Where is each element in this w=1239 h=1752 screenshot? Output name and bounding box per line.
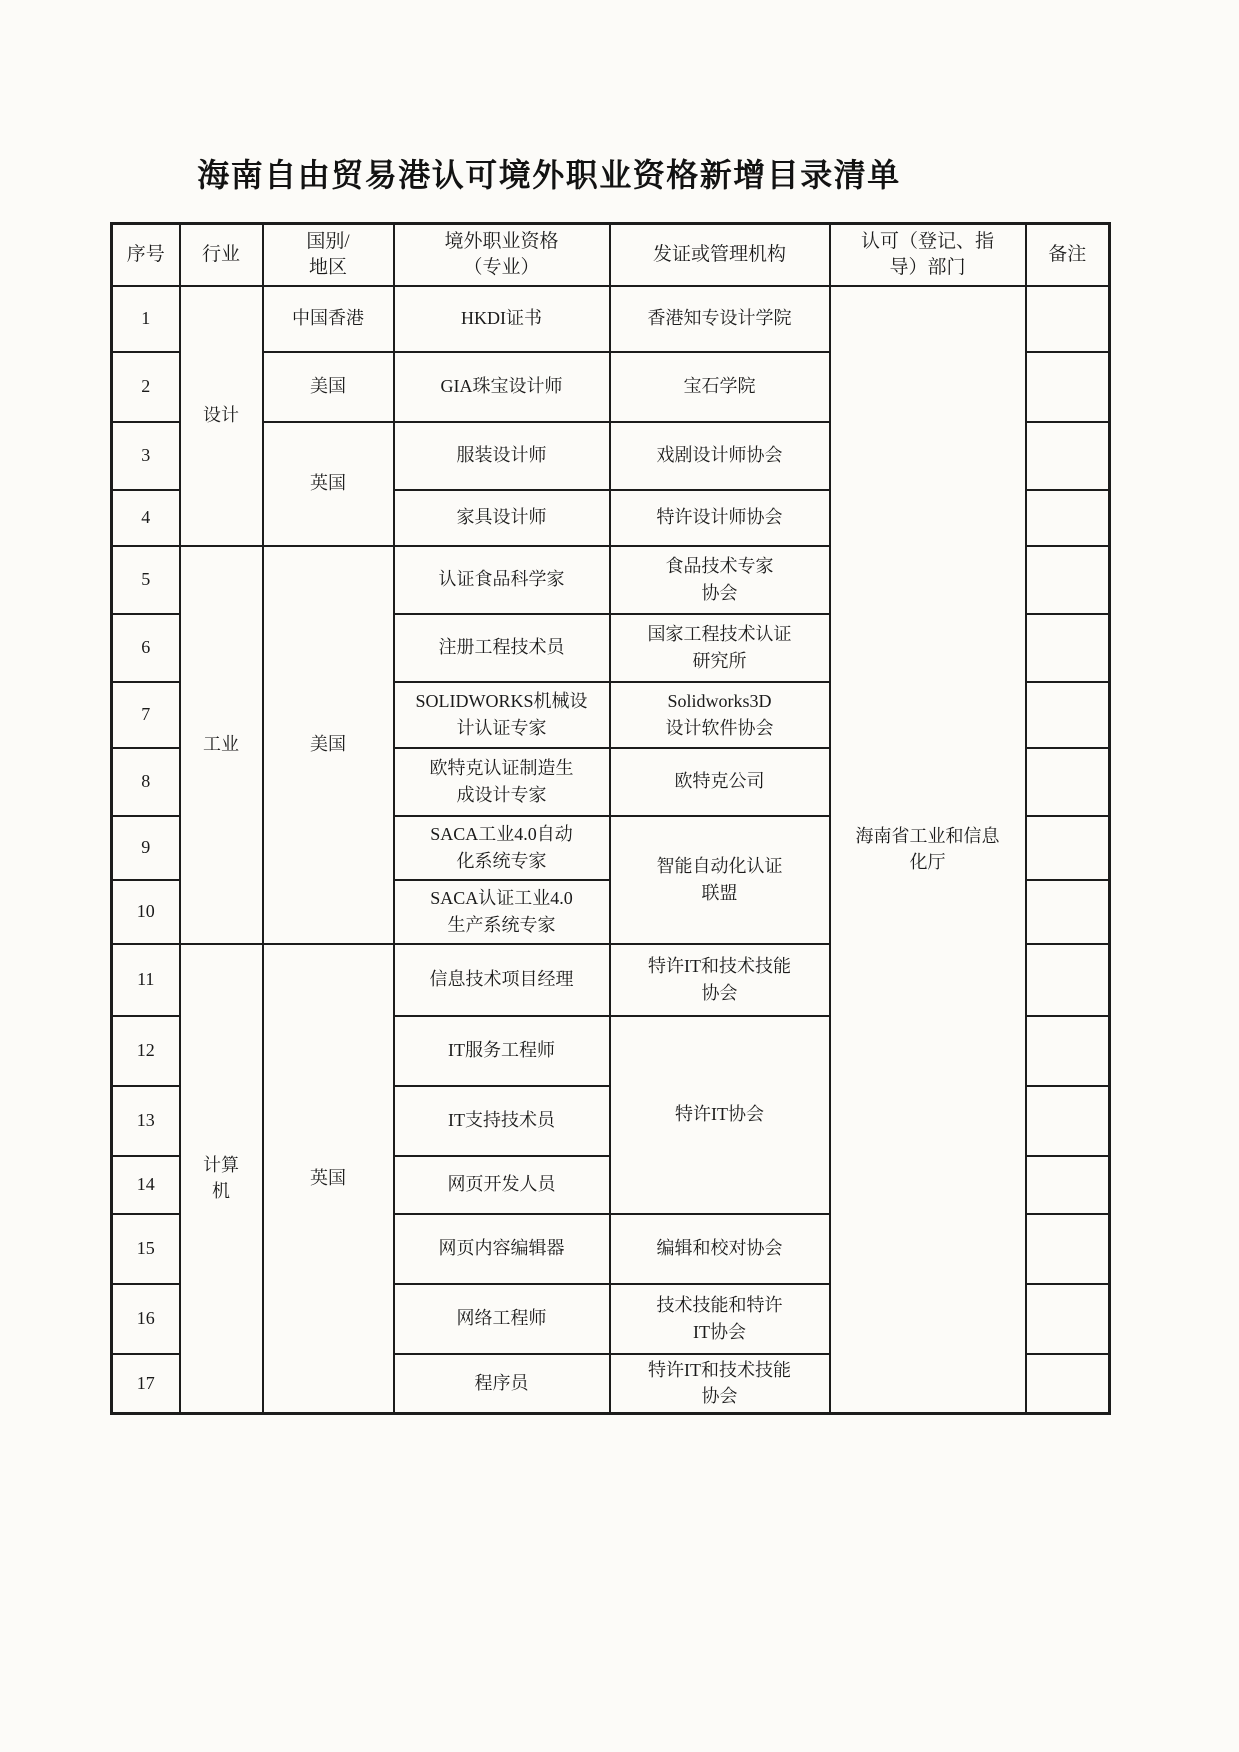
issuer-cell: Solidworks3D 设计软件协会 (610, 682, 830, 748)
remarks-cell (1026, 816, 1110, 880)
seq-cell: 11 (112, 944, 180, 1016)
seq-cell: 15 (112, 1214, 180, 1284)
header-approval: 认可（登记、指 导）部门 (830, 224, 1026, 286)
seq-cell: 3 (112, 422, 180, 490)
header-country: 国别/ 地区 (263, 224, 394, 286)
remarks-cell (1026, 1214, 1110, 1284)
remarks-cell (1026, 614, 1110, 682)
issuer-cell: 国家工程技术认证 研究所 (610, 614, 830, 682)
seq-cell: 12 (112, 1016, 180, 1086)
qualification-cell: IT支持技术员 (394, 1086, 610, 1156)
remarks-cell (1026, 422, 1110, 490)
industry-cell: 设计 (180, 286, 263, 546)
issuer-cell: 编辑和校对协会 (610, 1214, 830, 1284)
remarks-cell (1026, 1156, 1110, 1214)
qualification-cell: SACA工业4.0自动 化系统专家 (394, 816, 610, 880)
qualification-cell: 网络工程师 (394, 1284, 610, 1354)
qualification-cell: 网页内容编辑器 (394, 1214, 610, 1284)
seq-cell: 16 (112, 1284, 180, 1354)
remarks-cell (1026, 490, 1110, 546)
seq-cell: 13 (112, 1086, 180, 1156)
remarks-cell (1026, 944, 1110, 1016)
remarks-cell (1026, 1354, 1110, 1414)
qualification-cell: SACA认证工业4.0 生产系统专家 (394, 880, 610, 944)
qualification-catalog-table: 序号 行业 国别/ 地区 境外职业资格 （专业） 发证或管理机构 认可（登记、指… (110, 222, 1111, 1415)
issuer-cell: 技术技能和特许 IT协会 (610, 1284, 830, 1354)
qualification-cell: 家具设计师 (394, 490, 610, 546)
header-issuer: 发证或管理机构 (610, 224, 830, 286)
qualification-cell: 认证食品科学家 (394, 546, 610, 614)
remarks-cell (1026, 748, 1110, 816)
seq-cell: 9 (112, 816, 180, 880)
remarks-cell (1026, 352, 1110, 422)
qualification-cell: GIA珠宝设计师 (394, 352, 610, 422)
qualification-cell: 程序员 (394, 1354, 610, 1414)
header-remarks: 备注 (1026, 224, 1110, 286)
qualification-cell: 注册工程技术员 (394, 614, 610, 682)
qualification-cell: HKDI证书 (394, 286, 610, 352)
qualification-cell: SOLIDWORKS机械设 计认证专家 (394, 682, 610, 748)
issuer-cell: 戏剧设计师协会 (610, 422, 830, 490)
seq-cell: 10 (112, 880, 180, 944)
header-industry: 行业 (180, 224, 263, 286)
remarks-cell (1026, 1016, 1110, 1086)
qualification-cell: 信息技术项目经理 (394, 944, 610, 1016)
issuer-cell: 欧特克公司 (610, 748, 830, 816)
remarks-cell (1026, 880, 1110, 944)
qualification-cell: 欧特克认证制造生 成设计专家 (394, 748, 610, 816)
seq-cell: 6 (112, 614, 180, 682)
seq-cell: 4 (112, 490, 180, 546)
country-cell: 美国 (263, 352, 394, 422)
seq-cell: 17 (112, 1354, 180, 1414)
issuer-cell: 香港知专设计学院 (610, 286, 830, 352)
seq-cell: 2 (112, 352, 180, 422)
country-cell: 英国 (263, 944, 394, 1414)
table-row: 1 设计 中国香港 HKDI证书 香港知专设计学院 海南省工业和信息 化厅 (112, 286, 1110, 352)
remarks-cell (1026, 682, 1110, 748)
country-cell: 中国香港 (263, 286, 394, 352)
issuer-cell: 特许IT协会 (610, 1016, 830, 1214)
industry-cell: 工业 (180, 546, 263, 944)
issuer-cell: 智能自动化认证 联盟 (610, 816, 830, 944)
issuer-cell: 宝石学院 (610, 352, 830, 422)
approval-department-cell: 海南省工业和信息 化厅 (830, 286, 1026, 1414)
header-qualification: 境外职业资格 （专业） (394, 224, 610, 286)
seq-cell: 14 (112, 1156, 180, 1214)
remarks-cell (1026, 546, 1110, 614)
seq-cell: 1 (112, 286, 180, 352)
country-cell: 美国 (263, 546, 394, 944)
scanned-document-page: 海南自由贸易港认可境外职业资格新增目录清单 序号 行业 国别/ 地区 境外职业资… (0, 0, 1239, 1752)
remarks-cell (1026, 286, 1110, 352)
country-cell: 英国 (263, 422, 394, 546)
issuer-cell: 特许IT和技术技能 协会 (610, 1354, 830, 1414)
qualification-cell: IT服务工程师 (394, 1016, 610, 1086)
seq-cell: 8 (112, 748, 180, 816)
remarks-cell (1026, 1086, 1110, 1156)
seq-cell: 7 (112, 682, 180, 748)
header-row: 序号 行业 国别/ 地区 境外职业资格 （专业） 发证或管理机构 认可（登记、指… (112, 224, 1110, 286)
document-title: 海南自由贸易港认可境外职业资格新增目录清单 (50, 150, 1048, 196)
seq-cell: 5 (112, 546, 180, 614)
remarks-cell (1026, 1284, 1110, 1354)
qualification-cell: 网页开发人员 (394, 1156, 610, 1214)
issuer-cell: 特许设计师协会 (610, 490, 830, 546)
qualification-cell: 服装设计师 (394, 422, 610, 490)
issuer-cell: 食品技术专家 协会 (610, 546, 830, 614)
industry-cell: 计算 机 (180, 944, 263, 1414)
issuer-cell: 特许IT和技术技能 协会 (610, 944, 830, 1016)
header-seq: 序号 (112, 224, 180, 286)
